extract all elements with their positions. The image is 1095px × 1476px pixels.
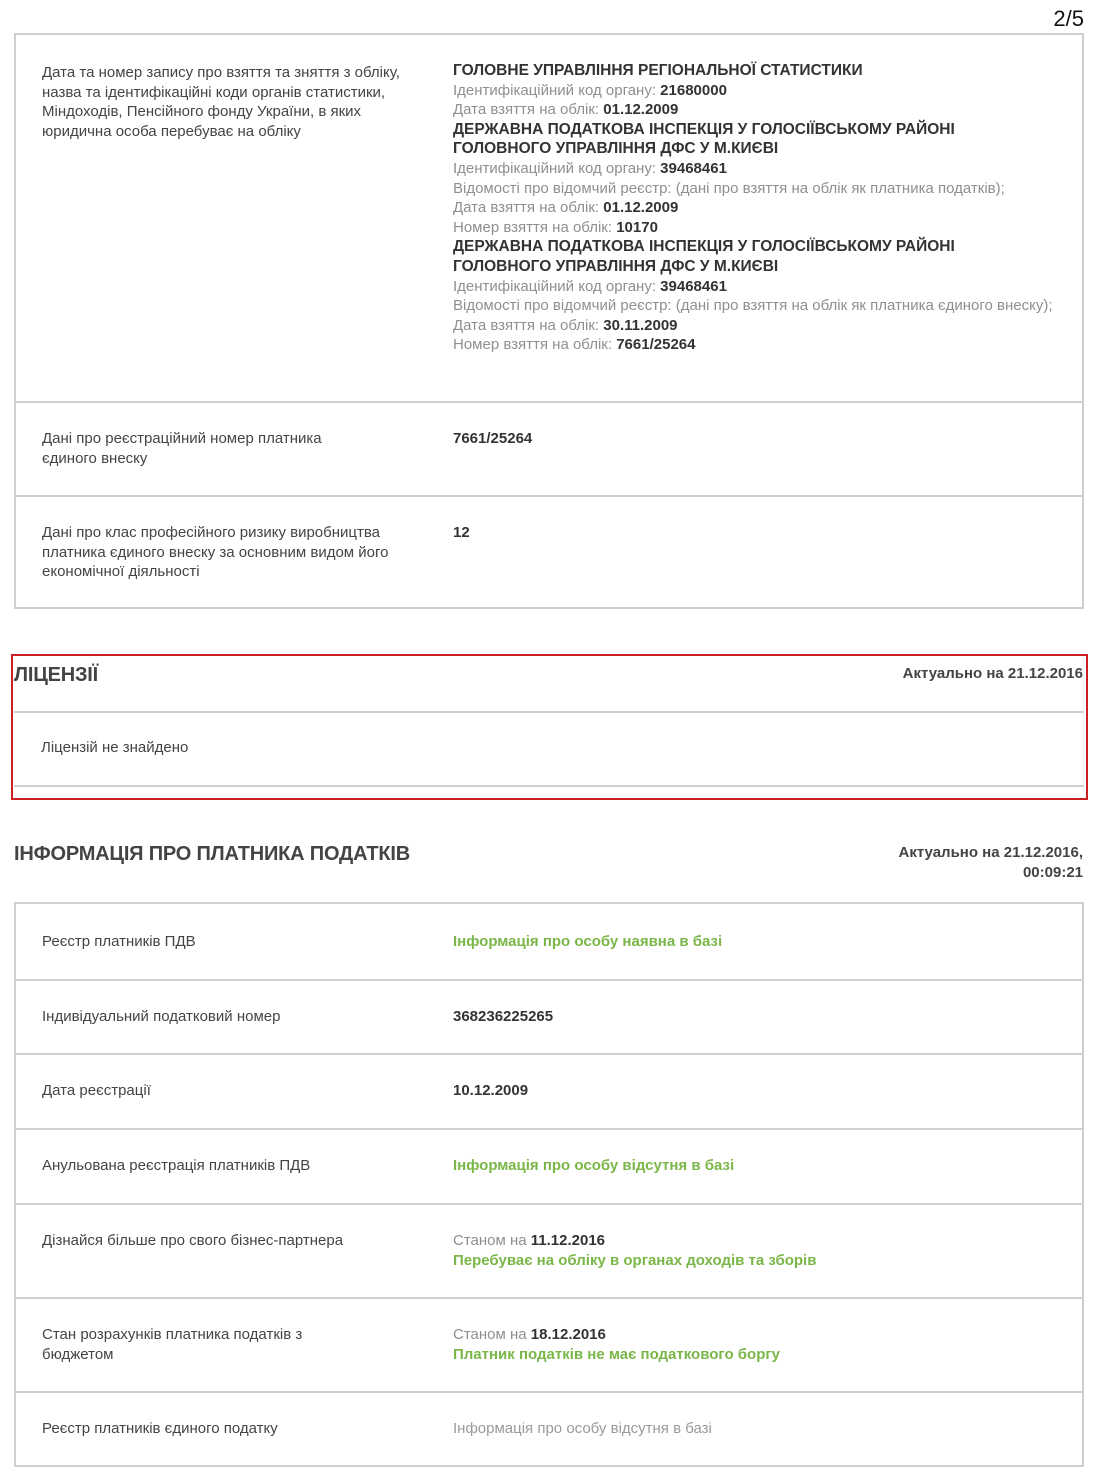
row-value: Станом на 11.12.2016 Перебуває на обліку…	[453, 1231, 1062, 1270]
organ-number-value: 7661/25264	[616, 336, 695, 353]
row-value: 7661/25264	[453, 429, 1062, 449]
licenses-title: ЛІЦЕНЗІЇ	[14, 664, 98, 687]
row-label: Дізнайся більше про свого бізнес-партнер…	[42, 1231, 402, 1251]
organ-id-value: 39468461	[660, 160, 727, 177]
organ-date-label: Дата взяття на облік:	[453, 199, 599, 216]
organ-id-label: Ідентифікаційний код органу:	[453, 278, 656, 295]
table-row: Реєстр платників ПДВ Інформація про особ…	[16, 904, 1082, 979]
organ-registry-text: Відомості про відомчий реєстр: (дані про…	[453, 179, 1062, 199]
organ-id-value: 39468461	[660, 278, 727, 295]
organ-date-value: 01.12.2009	[603, 199, 678, 216]
row-value: Інформація про особу наявна в базі	[453, 932, 1062, 952]
as-of-label: Станом на	[453, 1232, 527, 1249]
row-value: 12	[453, 523, 1062, 543]
licenses-actual-date: Актуально на 21.12.2016	[903, 664, 1083, 684]
table-row: Дата реєстрації 10.12.2009	[16, 1053, 1082, 1128]
organ-date-label: Дата взяття на облік:	[453, 317, 599, 334]
status-text: Платник податків не має податкового борг…	[453, 1345, 1062, 1365]
registration-table: Дата та номер запису про взяття та знятт…	[14, 33, 1084, 609]
taxpayer-table: Реєстр платників ПДВ Інформація про особ…	[14, 902, 1084, 1467]
organ-registry-text: Відомості про відомчий реєстр: (дані про…	[453, 296, 1053, 316]
as-of-label: Станом на	[453, 1326, 527, 1343]
row-value: Інформація про особу відсутня в базі	[453, 1156, 1062, 1176]
row-label: Дані про реєстраційний номер платника єд…	[42, 429, 362, 468]
row-value: 10.12.2009	[453, 1081, 1062, 1101]
organ-number-label: Номер взяття на облік:	[453, 219, 612, 236]
registration-organs: ГОЛОВНЕ УПРАВЛІННЯ РЕГІОНАЛЬНОЇ СТАТИСТИ…	[453, 61, 1062, 355]
organ-date-label: Дата взяття на облік:	[453, 101, 599, 118]
status-text: Перебуває на обліку в органах доходів та…	[453, 1251, 1062, 1271]
organ-id-value: 21680000	[660, 82, 727, 99]
organ-name: ДЕРЖАВНА ПОДАТКОВА ІНСПЕКЦІЯ У ГОЛОСІЇВС…	[453, 120, 1013, 159]
row-label: Дата та номер запису про взяття та знятт…	[42, 63, 402, 141]
taxpayer-actual-time: 00:09:21	[899, 863, 1084, 883]
taxpayer-actual-date: Актуально на 21.12.2016, 00:09:21	[899, 843, 1084, 882]
table-row: Дата та номер запису про взяття та знятт…	[16, 35, 1082, 401]
table-row: Стан розрахунків платника податків з бюд…	[16, 1297, 1082, 1391]
table-row: Дані про клас професійного ризику виробн…	[16, 495, 1082, 607]
table-row: Анульована реєстрація платників ПДВ Інфо…	[16, 1128, 1082, 1203]
row-value: Станом на 18.12.2016 Платник податків не…	[453, 1325, 1062, 1364]
row-label: Реєстр платників ПДВ	[42, 932, 402, 952]
table-row: Реєстр платників єдиного податку Інформа…	[16, 1391, 1082, 1465]
organ-date-value: 30.11.2009	[603, 317, 677, 334]
row-label: Стан розрахунків платника податків з бюд…	[42, 1325, 342, 1364]
row-label: Дані про клас професійного ризику виробн…	[42, 523, 392, 582]
licenses-empty-text: Ліцензій не знайдено	[41, 739, 188, 756]
taxpayer-actual-date-line1: Актуально на 21.12.2016,	[899, 843, 1084, 863]
row-value: Інформація про особу відсутня в базі	[453, 1419, 1062, 1439]
taxpayer-title: ІНФОРМАЦІЯ ПРО ПЛАТНИКА ПОДАТКІВ	[14, 843, 410, 866]
divider	[14, 785, 1084, 787]
row-label: Анульована реєстрація платників ПДВ	[42, 1156, 402, 1176]
page-number: 2/5	[1053, 6, 1084, 32]
organ-name: ДЕРЖАВНА ПОДАТКОВА ІНСПЕКЦІЯ У ГОЛОСІЇВС…	[453, 237, 1013, 276]
row-label: Дата реєстрації	[42, 1081, 402, 1101]
divider	[14, 711, 1084, 713]
organ-id-label: Ідентифікаційний код органу:	[453, 160, 656, 177]
table-row: Дізнайся більше про свого бізнес-партнер…	[16, 1203, 1082, 1297]
organ-name: ГОЛОВНЕ УПРАВЛІННЯ РЕГІОНАЛЬНОЇ СТАТИСТИ…	[453, 61, 1062, 81]
as-of-date: 18.12.2016	[531, 1326, 606, 1343]
organ-number-label: Номер взяття на облік:	[453, 336, 612, 353]
row-label: Індивідуальний податковий номер	[42, 1007, 402, 1027]
organ-id-label: Ідентифікаційний код органу:	[453, 82, 656, 99]
as-of-date: 11.12.2016	[531, 1232, 605, 1249]
table-row: Дані про реєстраційний номер платника єд…	[16, 401, 1082, 495]
organ-number-value: 10170	[616, 219, 658, 236]
organ-date-value: 01.12.2009	[603, 101, 678, 118]
table-row: Індивідуальний податковий номер 36823622…	[16, 979, 1082, 1053]
row-value: 368236225265	[453, 1007, 1062, 1027]
row-label: Реєстр платників єдиного податку	[42, 1419, 402, 1439]
